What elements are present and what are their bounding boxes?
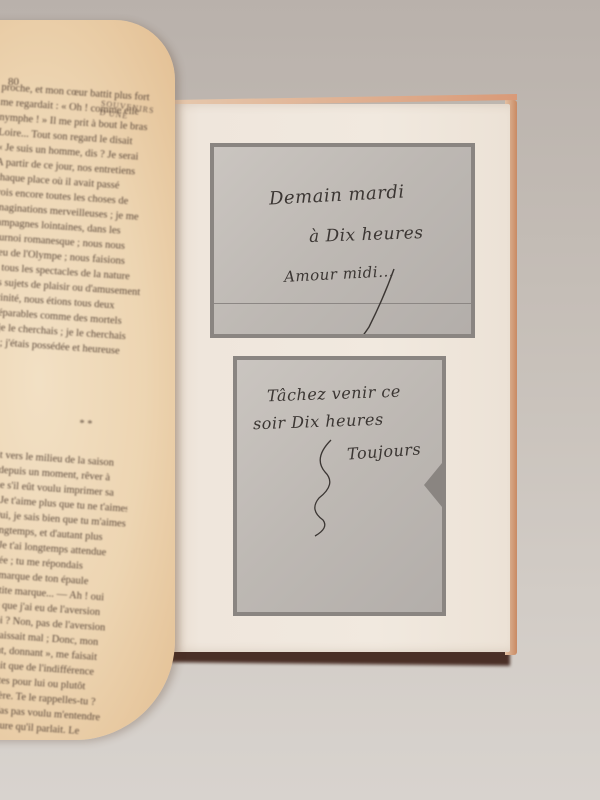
- handwriting-line: Tâchez venir ce: [267, 382, 401, 406]
- handwriting-line: Demain mardi: [269, 181, 406, 209]
- left-page: 80 SOUVENIRS D'UNE proche, et mon cœur b…: [0, 20, 175, 740]
- handwriting-stroke: [344, 267, 404, 334]
- handwriting-flourish: [307, 438, 347, 538]
- handwriting-line: soir Dix heures: [253, 410, 384, 434]
- left-page-text: proche, et mon cœur battit plus fort me …: [0, 80, 157, 741]
- handwriting-line: à Dix heures: [309, 223, 424, 247]
- book-photo: Demain mardi à Dix heures Amour midi... …: [0, 0, 600, 800]
- handwriting-signature: Toujours: [346, 439, 421, 463]
- facsimile-note-1: Demain mardi à Dix heures Amour midi...: [210, 143, 475, 338]
- paper-fold-line: [214, 303, 471, 304]
- facsimile-note-2: Tâchez venir ce soir Dix heures Toujours: [233, 356, 446, 616]
- envelope-flap: [424, 463, 442, 507]
